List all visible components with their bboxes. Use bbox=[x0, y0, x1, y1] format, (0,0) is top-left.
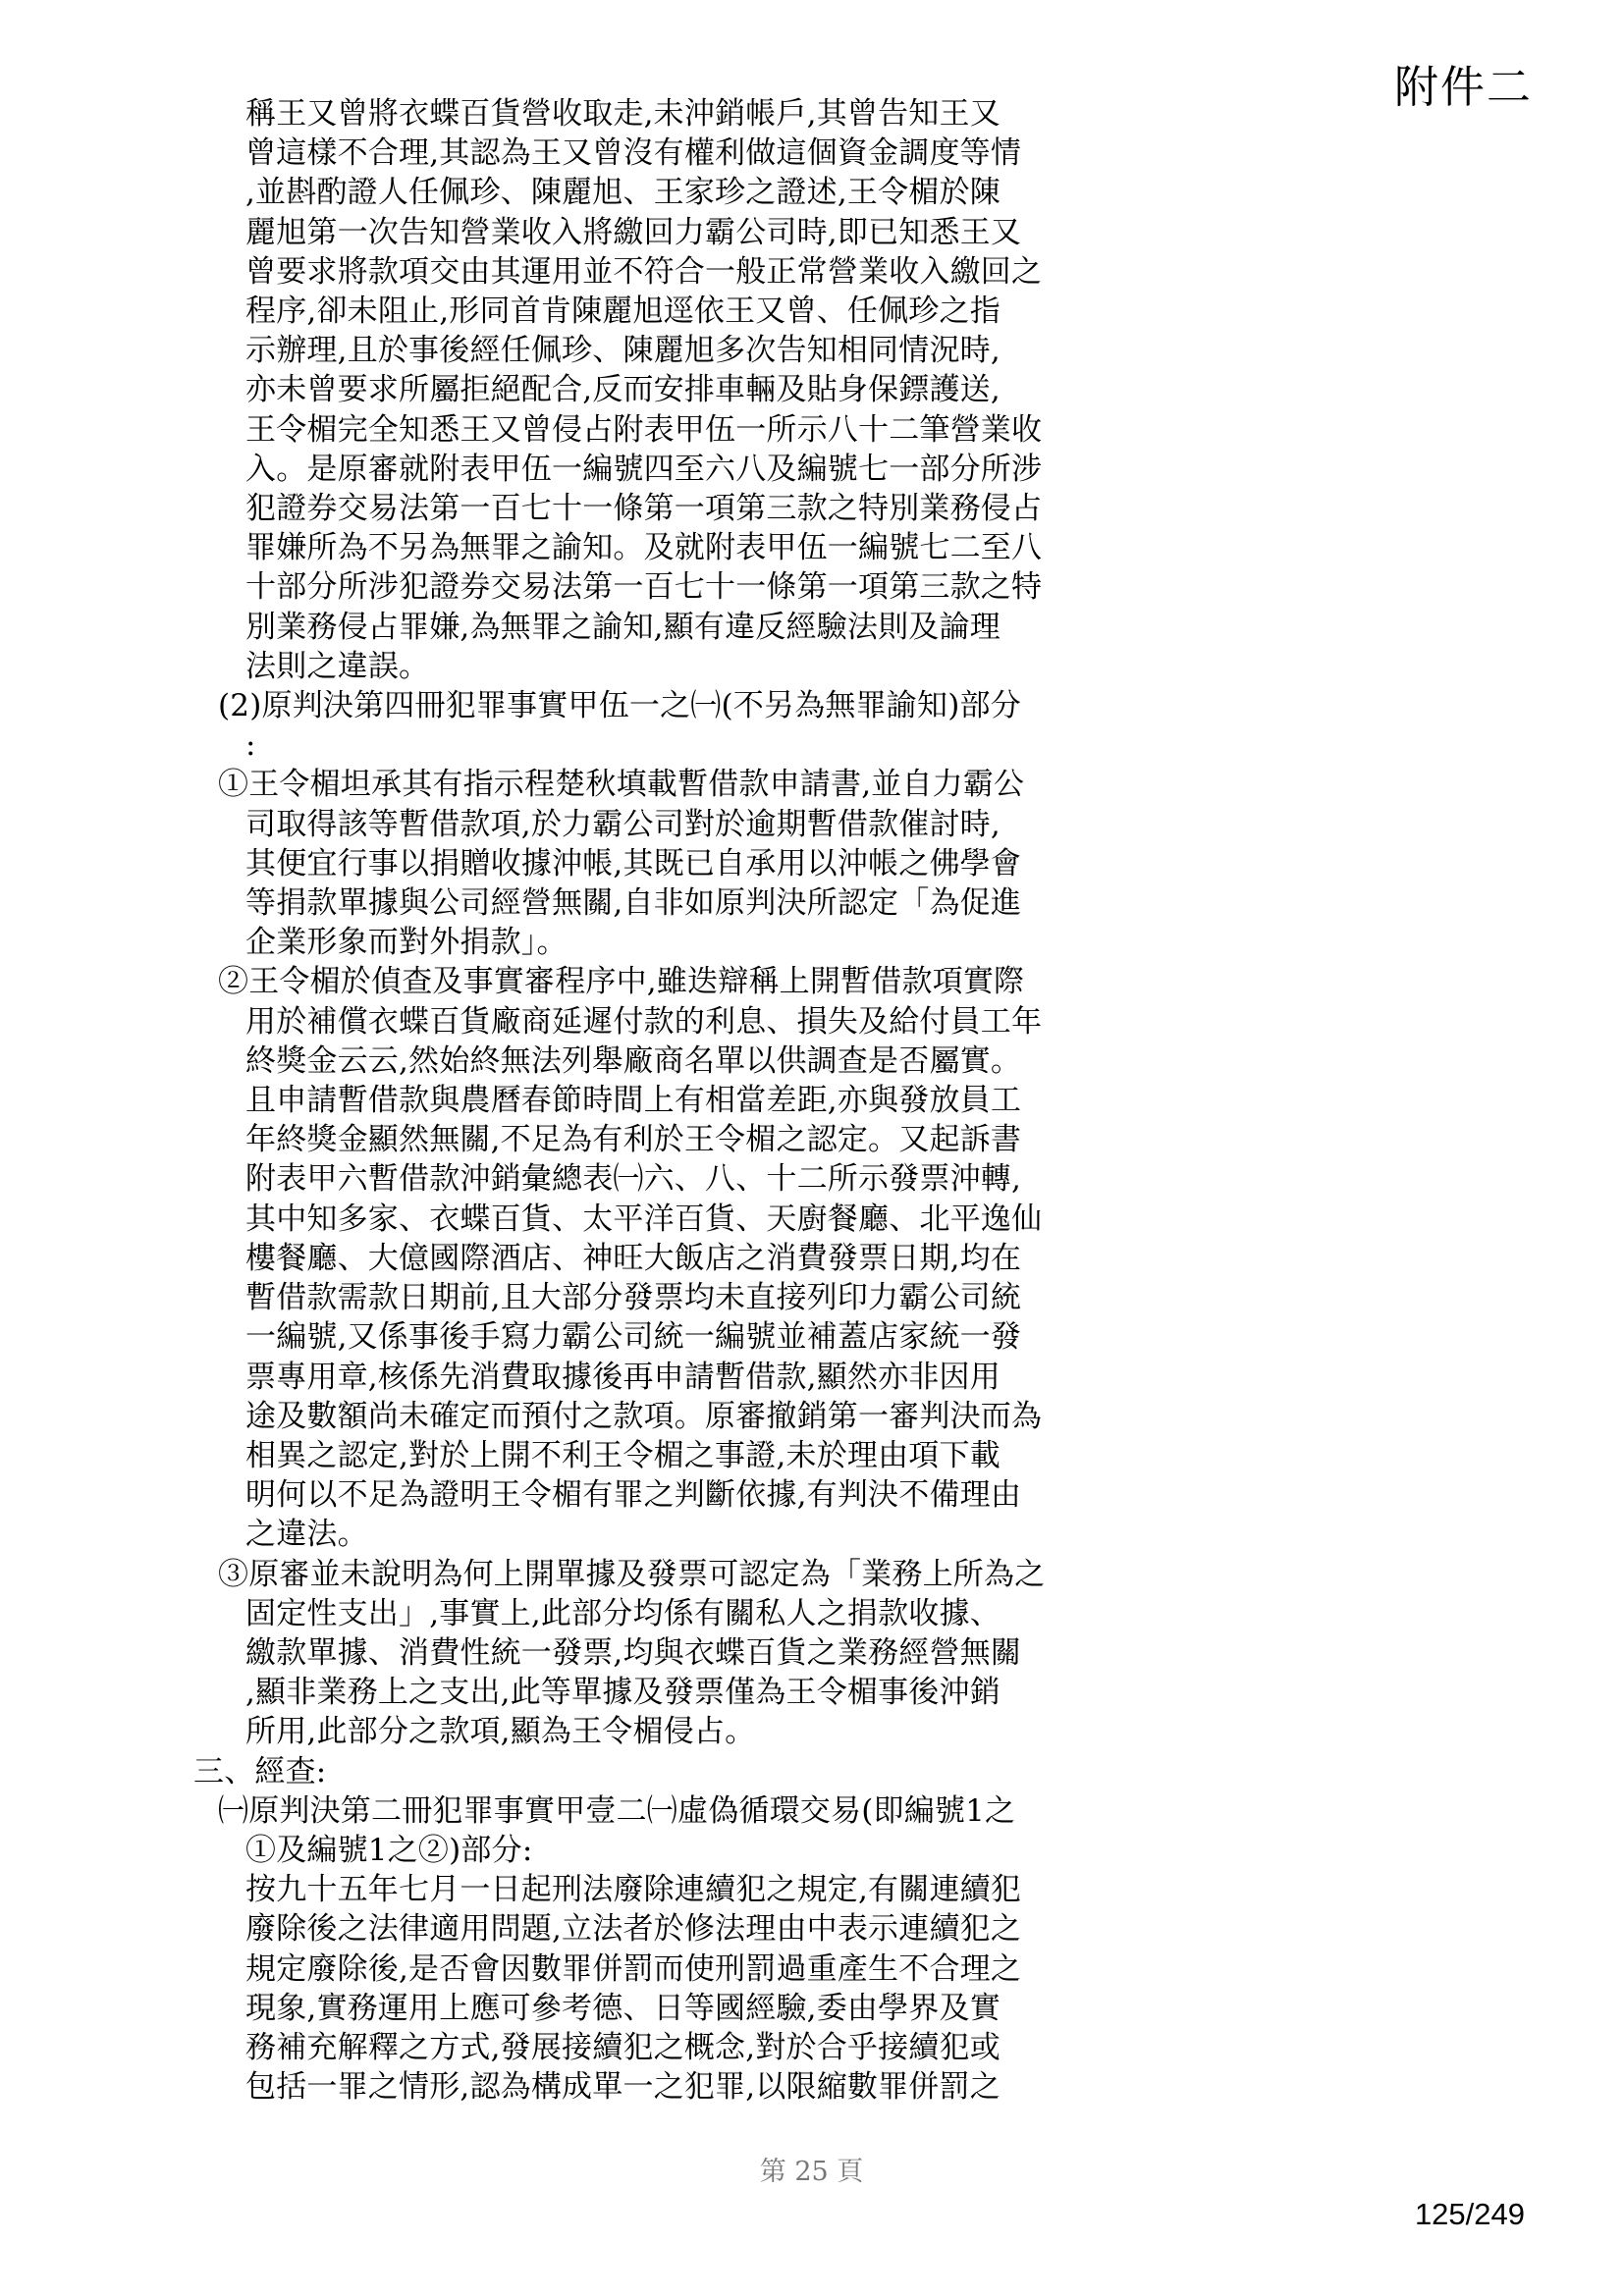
text-line: 一編號,又係事後手寫力霸公司統一編號並補蓋店家統一發 bbox=[193, 1317, 1038, 1357]
text-line: 罪嫌所為不另為無罪之諭知。及就附表甲伍一編號七二至八 bbox=[193, 528, 1038, 567]
text-line: 之違法。 bbox=[193, 1515, 1038, 1554]
text-line: 規定廢除後,是否會因數罪併罰而使刑罰過重產生不合理之 bbox=[193, 1949, 1038, 1989]
text-line: 別業務侵占罪嫌,為無罪之諭知,顯有違反經驗法則及論理 bbox=[193, 608, 1038, 647]
text-line: 法則之違誤。 bbox=[193, 647, 1038, 686]
text-line: 十部分所涉犯證券交易法第一百七十一條第一項第三款之特 bbox=[193, 567, 1038, 607]
text-line: 麗旭第一次告知營業收入將繳回力霸公司時,即已知悉王又 bbox=[193, 213, 1038, 252]
pdf-page-indicator: 125/249 bbox=[1415, 2197, 1525, 2232]
text-line: 企業形象而對外捐款」。 bbox=[193, 923, 1038, 962]
text-line: 亦未曾要求所屬拒絕配合,反而安排車輛及貼身保鏢護送, bbox=[193, 370, 1038, 409]
text-line: 曾要求將款項交由其運用並不符合一般正常營業收入繳回之 bbox=[193, 252, 1038, 292]
judgment-body-text: 稱王又曾將衣蝶百貨營收取走,未沖銷帳戶,其曾告知王又曾這樣不合理,其認為王又曾沒… bbox=[193, 94, 1038, 2107]
text-line: (2)原判決第四冊犯罪事實甲伍一之㈠(不另為無罪諭知)部分 bbox=[193, 686, 1038, 725]
text-line: 示辦理,且於事後經任佩珍、陳麗旭多次告知相同情況時, bbox=[193, 331, 1038, 370]
text-line: 樓餐廳、大億國際酒店、神旺大飯店之消費發票日期,均在 bbox=[193, 1239, 1038, 1278]
text-line: 務補充解釋之方式,發展接續犯之概念,對於合乎接續犯或 bbox=[193, 2028, 1038, 2067]
text-line: 用於補償衣蝶百貨廠商延遲付款的利息、損失及給付員工年 bbox=[193, 1002, 1038, 1041]
text-line: 且申請暫借款與農曆春節時間上有相當差距,亦與發放員工 bbox=[193, 1081, 1038, 1120]
text-line: 司取得該等暫借款項,於力霸公司對於逾期暫借款催討時, bbox=[193, 805, 1038, 844]
text-line: 稱王又曾將衣蝶百貨營收取走,未沖銷帳戶,其曾告知王又 bbox=[193, 94, 1038, 133]
text-line: 票專用章,核係先消費取據後再申請暫借款,顯然亦非因用 bbox=[193, 1358, 1038, 1397]
text-line: 暫借款需款日期前,且大部分發票均未直接列印力霸公司統 bbox=[193, 1278, 1038, 1317]
text-line: 終獎金云云,然始終無法列舉廠商名單以供調查是否屬實。 bbox=[193, 1041, 1038, 1081]
text-line: 等捐款單據與公司經營無關,自非如原判決所認定「為促進 bbox=[193, 883, 1038, 923]
text-line: 其便宜行事以捐贈收據沖帳,其既已自承用以沖帳之佛學會 bbox=[193, 844, 1038, 883]
text-line: ①王令楣坦承其有指示程楚秋填載暫借款申請書,並自力霸公 bbox=[193, 765, 1038, 804]
text-line: 入。是原審就附表甲伍一編號四至六八及編號七一部分所涉 bbox=[193, 450, 1038, 489]
document-page: 附件二 稱王又曾將衣蝶百貨營收取走,未沖銷帳戶,其曾告知王又曾這樣不合理,其認為… bbox=[0, 0, 1623, 2296]
text-line: 固定性支出」,事實上,此部分均係有關私人之捐款收據、 bbox=[193, 1594, 1038, 1633]
text-line: 繳款單據、消費性統一發票,均與衣蝶百貨之業務經營無關 bbox=[193, 1633, 1038, 1673]
text-line: 包括一罪之情形,認為構成單一之犯罪,以限縮數罪併罰之 bbox=[193, 2067, 1038, 2107]
text-line: 廢除後之法律適用問題,立法者於修法理由中表示連續犯之 bbox=[193, 1909, 1038, 1949]
document-page-number: 第 25 頁 bbox=[0, 2150, 1623, 2188]
text-line: ②王令楣於偵查及事實審程序中,雖迭辯稱上開暫借款項實際 bbox=[193, 962, 1038, 1001]
text-line: 按九十五年七月一日起刑法廢除連續犯之規定,有關連續犯 bbox=[193, 1870, 1038, 1909]
text-line: 其中知多家、衣蝶百貨、太平洋百貨、天廚餐廳、北平逸仙 bbox=[193, 1200, 1038, 1239]
attachment-title: 附件二 bbox=[1394, 51, 1533, 115]
text-line: 相異之認定,對於上開不利王令楣之事證,未於理由項下載 bbox=[193, 1436, 1038, 1475]
text-line: 所用,此部分之款項,顯為王令楣侵占。 bbox=[193, 1712, 1038, 1751]
text-line: 現象,實務運用上應可參考德、日等國經驗,委由學界及實 bbox=[193, 1989, 1038, 2028]
text-line: 程序,卻未阻止,形同首肯陳麗旭逕依王又曾、任佩珍之指 bbox=[193, 292, 1038, 331]
text-line: : bbox=[193, 725, 1038, 765]
text-line: ,並斟酌證人任佩珍、陳麗旭、王家珍之證述,王令楣於陳 bbox=[193, 173, 1038, 212]
text-line: 王令楣完全知悉王又曾侵占附表甲伍一所示八十二筆營業收 bbox=[193, 410, 1038, 450]
text-line: 明何以不足為證明王令楣有罪之判斷依據,有判決不備理由 bbox=[193, 1475, 1038, 1515]
text-line: ,顯非業務上之支出,此等單據及發票僅為王令楣事後沖銷 bbox=[193, 1673, 1038, 1712]
text-line: 途及數額尚未確定而預付之款項。原審撤銷第一審判決而為 bbox=[193, 1397, 1038, 1436]
text-line: 年終獎金顯然無關,不足為有利於王令楣之認定。又起訴書 bbox=[193, 1120, 1038, 1159]
text-line: 曾這樣不合理,其認為王又曾沒有權利做這個資金調度等情 bbox=[193, 133, 1038, 173]
text-line: ①及編號1之②)部分: bbox=[193, 1831, 1038, 1870]
text-line: 三、經查: bbox=[193, 1752, 1038, 1791]
text-line: 附表甲六暫借款沖銷彙總表㈠六、八、十二所示發票沖轉, bbox=[193, 1159, 1038, 1199]
text-line: 犯證券交易法第一百七十一條第一項第三款之特別業務侵占 bbox=[193, 489, 1038, 528]
text-line: ③原審並未說明為何上開單據及發票可認定為「業務上所為之 bbox=[193, 1555, 1038, 1594]
text-line: ㈠原判決第二冊犯罪事實甲壹二㈠虛偽循環交易(即編號1之 bbox=[193, 1791, 1038, 1831]
